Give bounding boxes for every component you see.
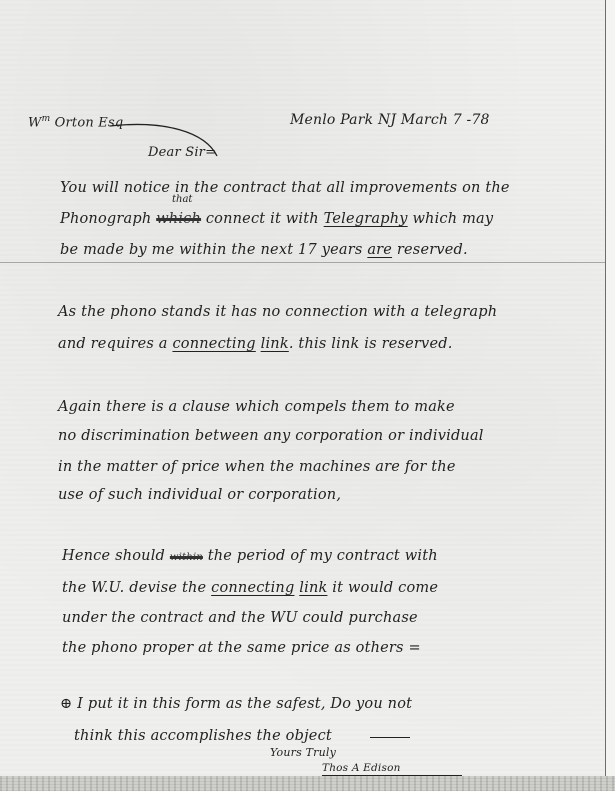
place-date: Menlo Park NJ March 7 -78 (290, 112, 490, 128)
closing: Yours Truly (270, 746, 336, 759)
struck-word: which (156, 211, 201, 227)
p3-line2: no discrimination between any corporatio… (58, 428, 484, 444)
scan-border (0, 776, 615, 791)
page-edge (605, 0, 615, 791)
salutation: Dear Sir= (148, 145, 216, 160)
signature: Thos A Edison (322, 762, 401, 774)
p2-line1: As the phono stands it has no connection… (58, 304, 497, 320)
p4-line4: the phono proper at the same price as ot… (62, 640, 421, 656)
flourish-line (370, 737, 410, 738)
p3-line4: use of such individual or corporation, (58, 487, 341, 503)
p1-line3: be made by me within the next 17 years a… (60, 242, 468, 258)
p2-line2: and requires a connecting link. this lin… (58, 336, 453, 352)
p5-line2: think this accomplishes the object (74, 728, 332, 744)
struck-word: within (170, 552, 203, 563)
signature-underline (322, 775, 462, 776)
fold-line (0, 262, 605, 263)
p4-line1: Hence should within the period of my con… (62, 548, 438, 564)
p4-line2: the W.U. devise the connecting link it w… (62, 580, 438, 596)
p1-line2: Phonograph which connect it with Telegra… (60, 211, 493, 227)
p1-insertion: that (172, 194, 192, 205)
insertion-mark-icon: ⊕ (60, 696, 72, 712)
p3-line1: Again there is a clause which compels th… (58, 399, 455, 415)
p4-line3: under the contract and the WU could purc… (62, 610, 418, 626)
p1-line1: You will notice in the contract that all… (60, 180, 510, 196)
p3-line3: in the matter of price when the machines… (58, 459, 456, 475)
p5-line1: ⊕ I put it in this form as the safest, D… (60, 696, 412, 712)
